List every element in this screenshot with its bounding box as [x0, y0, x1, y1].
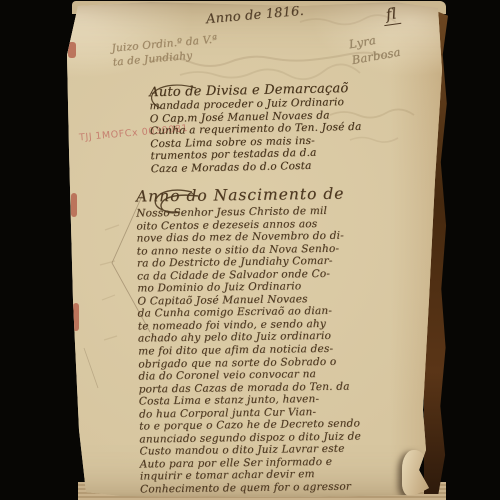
handwritten-line: Anno do Nascimento de — [136, 182, 358, 207]
court-annotation-left: Juizo Ordin.º da V.ªta de Jundiahy — [111, 32, 219, 69]
manuscript-photo: Anno de 1816. fl Juizo Ordin.º da V.ªta … — [0, 0, 500, 500]
handwritten-line: Conhecimento de quem for o agressor — [140, 480, 362, 496]
names-annotation-right: LyraBarbosa — [348, 28, 402, 68]
edge-wear-spot — [68, 42, 76, 58]
edge-wear-spot — [71, 193, 77, 217]
handwritten-line: TJJ — [72, 131, 93, 144]
handwritten-line: 1MOF — [92, 128, 125, 142]
auto-title-paragraph: Auto de Divisa e Demarcaçaõmandada proce… — [149, 81, 362, 176]
edge-wear-spot — [73, 303, 79, 331]
year-heading: Anno de 1816. — [206, 4, 305, 27]
folio-number: fl — [382, 4, 401, 26]
manuscript-body-paragraph: Anno do Nascimento deNosso Senhor Jesus … — [136, 182, 362, 496]
